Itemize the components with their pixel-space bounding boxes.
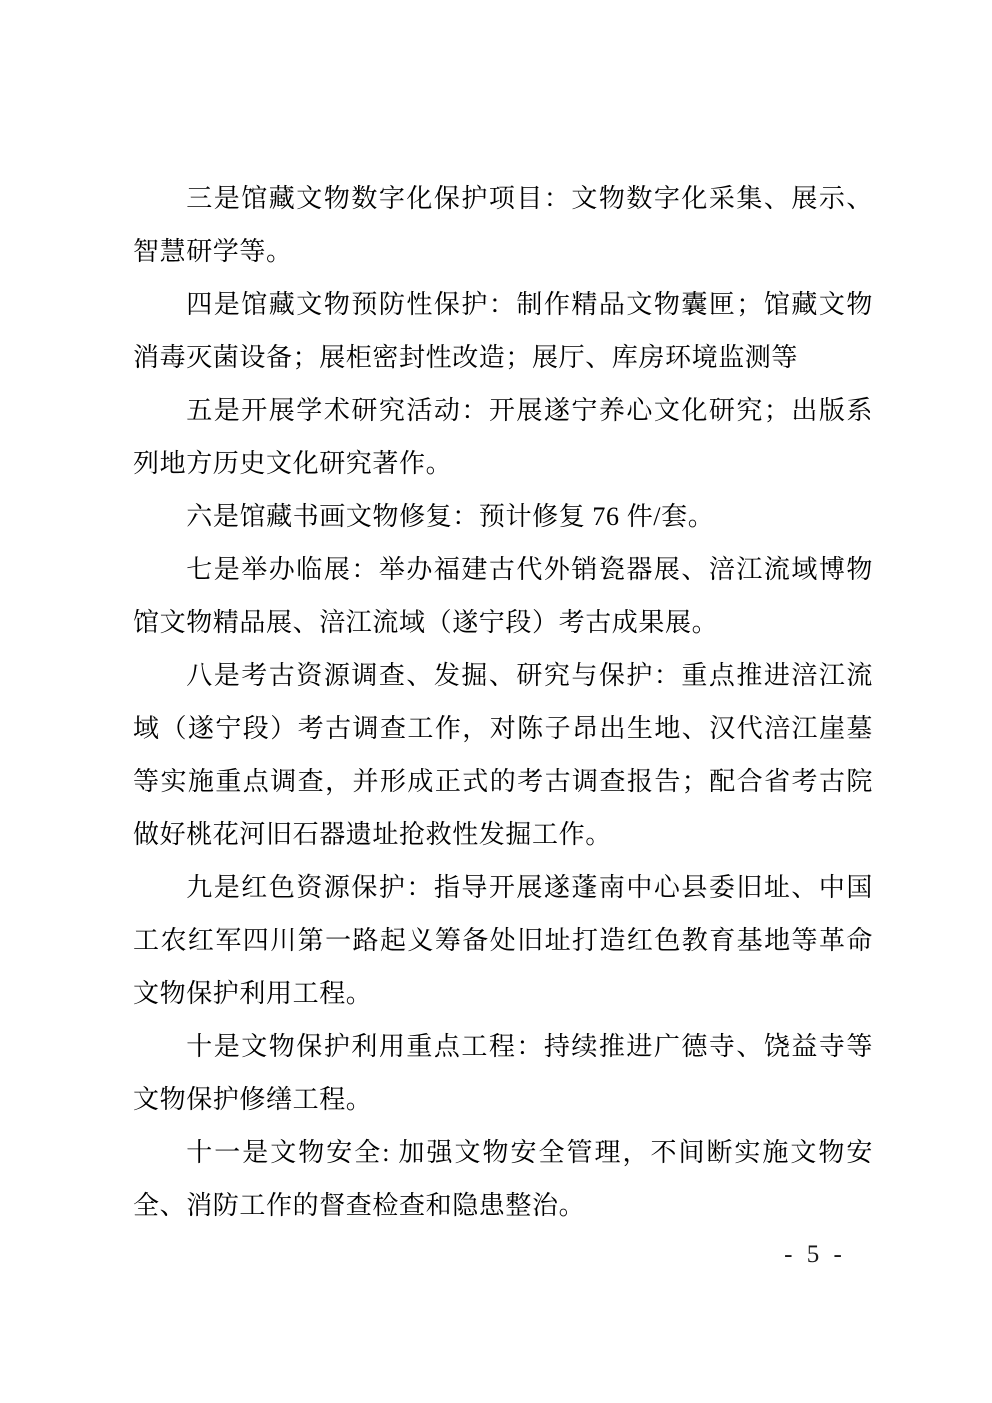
paragraph-key-protection-projects: 十是文物保护利用重点工程：持续推进广德寺、饶益寺等文物保护修缮工程。: [133, 1020, 873, 1126]
paragraph-preventive-protection: 四是馆藏文物预防性保护：制作精品文物囊匣；馆藏文物消毒灭菌设备；展柜密封性改造；…: [133, 278, 873, 384]
paragraph-red-resources-protection: 九是红色资源保护：指导开展遂蓬南中心县委旧址、中国工农红军四川第一路起义筹备处旧…: [133, 861, 873, 1020]
paragraph-temporary-exhibitions: 七是举办临展：举办福建古代外销瓷器展、涪江流域博物馆文物精品展、涪江流域（遂宁段…: [133, 543, 873, 649]
paragraph-painting-restoration: 六是馆藏书画文物修复：预计修复 76 件/套。: [133, 490, 873, 543]
paragraph-cultural-relic-safety: 十一是文物安全: 加强文物安全管理，不间断实施文物安全、消防工作的督查检查和隐患…: [133, 1126, 873, 1232]
document-body: 三是馆藏文物数字化保护项目：文物数字化采集、展示、智慧研学等。 四是馆藏文物预防…: [133, 172, 873, 1232]
paragraph-academic-research: 五是开展学术研究活动：开展遂宁养心文化研究；出版系列地方历史文化研究著作。: [133, 384, 873, 490]
page-number: - 5 -: [770, 1238, 860, 1272]
document-page: 三是馆藏文物数字化保护项目：文物数字化采集、展示、智慧研学等。 四是馆藏文物预防…: [0, 0, 992, 1403]
paragraph-archaeological-survey: 八是考古资源调查、发掘、研究与保护：重点推进涪江流域（遂宁段）考古调查工作，对陈…: [133, 649, 873, 861]
paragraph-digitization-project: 三是馆藏文物数字化保护项目：文物数字化采集、展示、智慧研学等。: [133, 172, 873, 278]
